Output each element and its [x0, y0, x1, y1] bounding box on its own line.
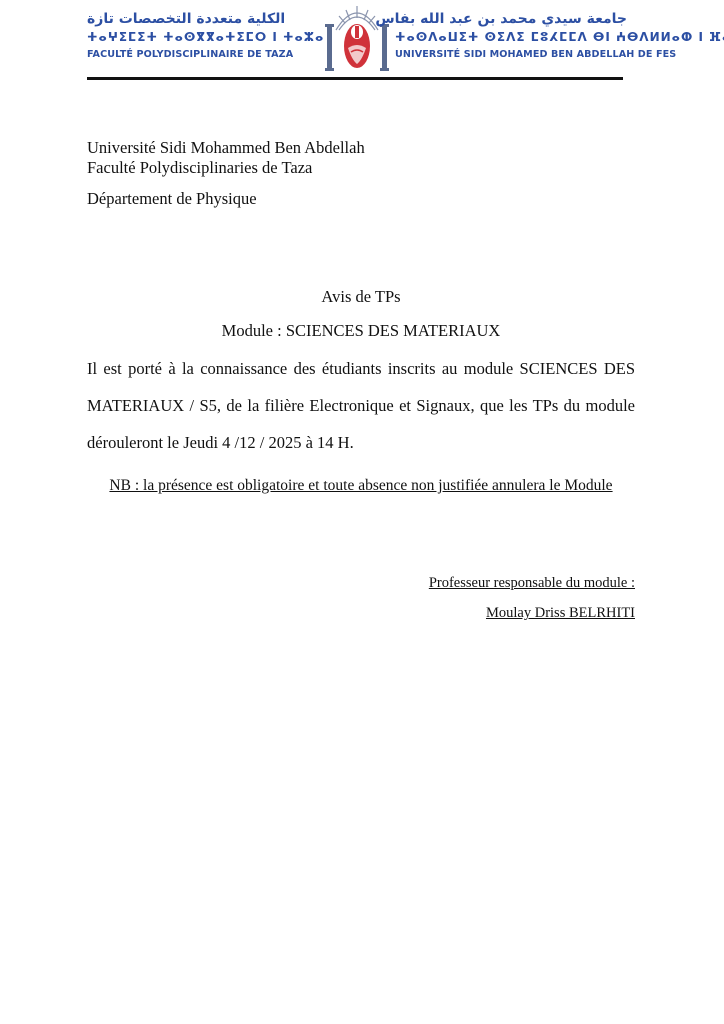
university-name: Université Sidi Mohammed Ben Abdellah	[87, 138, 365, 158]
faculty-name-tifinagh: ⵜⴰⵖⵉⵎⵉⵜ ⵜⴰⵙⴳⴳⴰⵜⵉⵎⵔ ⵏ ⵜⴰⵣⴰ	[87, 28, 319, 48]
university-name-arabic: جامعة سيدي محمد بن عبد الله بفاس	[395, 10, 627, 28]
signature-label: Professeur responsable du module :	[429, 575, 635, 592]
notice-body-line: Il est porté à la connaissance des étudi…	[87, 350, 635, 387]
nb-warning: NB : la présence est obligatoire et tout…	[87, 477, 635, 495]
department-name: Département de Physique	[87, 189, 257, 209]
module-heading: Module : SCIENCES DES MATERIAUX	[87, 321, 635, 341]
faculty-name-arabic: الكلية متعددة التخصصات تازة	[87, 10, 319, 28]
university-name-tifinagh: ⵜⴰⵙⴷⴰⵡⵉⵜ ⵙⵉⴷⵉ ⵎⵓⵃⵎⵎⴷ ⴱⵏ ⵄⴱⴷⵍⵍⴰⵀ ⵏ ⴼⴰⵙ	[395, 28, 627, 48]
faculty-name-latin: FACULTÉ POLYDISCIPLINAIRE DE TAZA	[87, 48, 319, 62]
institution-block: Université Sidi Mohammed Ben Abdellah Fa…	[87, 138, 365, 178]
notice-body: Il est porté à la connaissance des étudi…	[87, 350, 635, 461]
university-letterhead: جامعة سيدي محمد بن عبد الله بفاس ⵜⴰⵙⴷⴰⵡⵉ…	[395, 10, 627, 62]
notice-body-line: MATERIAUX / S5, de la filière Electroniq…	[87, 387, 635, 424]
professor-name: Moulay Driss BELRHITI	[486, 605, 635, 622]
header-divider	[87, 77, 623, 80]
faculty-name: Faculté Polydisciplinaries de Taza	[87, 158, 365, 178]
letterhead: الكلية متعددة التخصصات تازة ⵜⴰⵖⵉⵎⵉⵜ ⵜⴰⵙⴳ…	[87, 0, 627, 80]
faculty-letterhead: الكلية متعددة التخصصات تازة ⵜⴰⵖⵉⵎⵉⵜ ⵜⴰⵙⴳ…	[87, 10, 319, 62]
university-name-latin: UNIVERSITÉ SIDI MOHAMED BEN ABDELLAH DE …	[395, 48, 627, 62]
notice-body-line: dérouleront le Jeudi 4 /12 / 2025 à 14 H…	[87, 424, 635, 461]
notice-title: Avis de TPs	[87, 287, 635, 307]
